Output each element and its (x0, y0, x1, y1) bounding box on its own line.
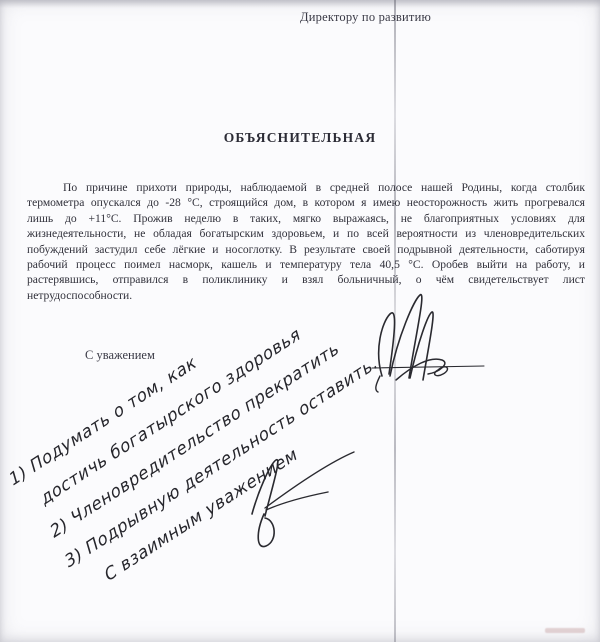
signature-author-icon (366, 292, 492, 394)
document-title: ОБЪЯСНИТЕЛЬНАЯ (0, 130, 600, 146)
scanned-document-page: Директору по развитию ОБЪЯСНИТЕЛЬНАЯ По … (0, 0, 600, 642)
watermark (545, 628, 585, 633)
scan-edge-shadow (0, 0, 600, 8)
closing-line: С уважением (85, 348, 155, 363)
recipient-line: Директору по развитию (300, 10, 431, 25)
